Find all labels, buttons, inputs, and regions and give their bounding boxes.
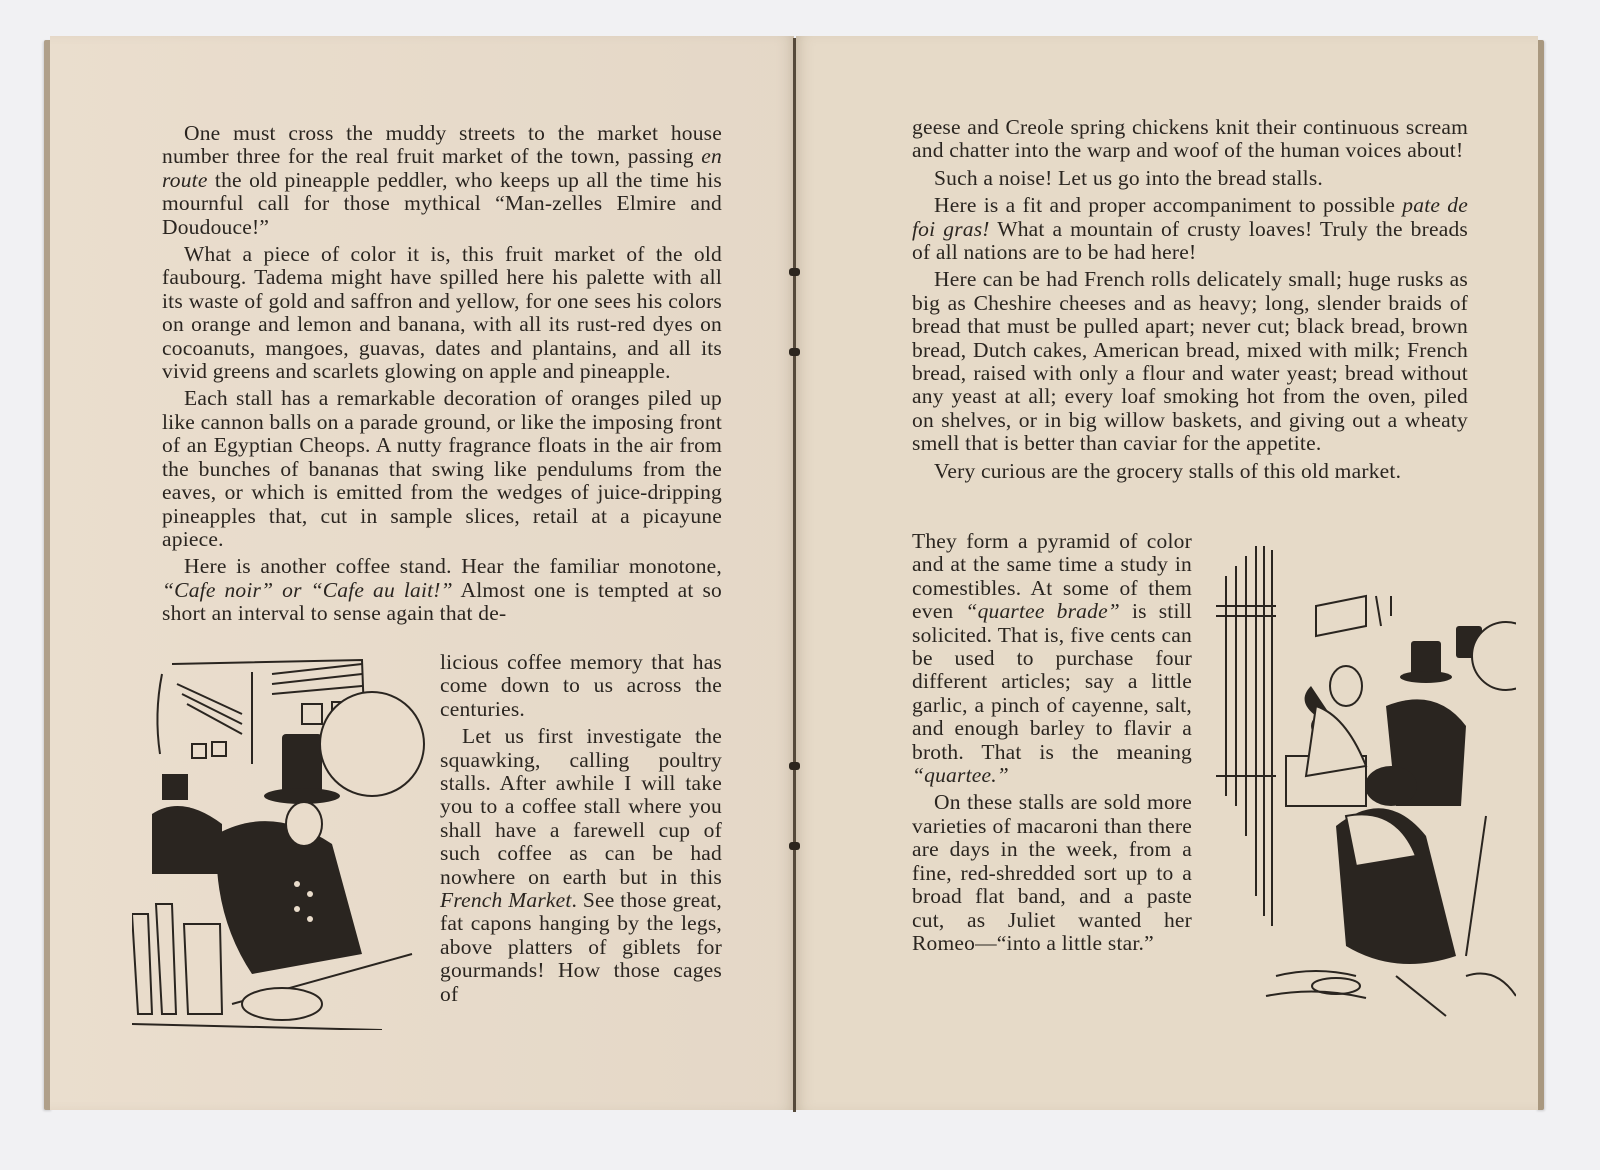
paragraph: Such a noise! Let us go into the bread s… (912, 167, 1468, 190)
paragraph: licious coffee memory that has come down… (440, 651, 722, 721)
right-page-body-text: geese and Creole spring chickens knit th… (912, 116, 1468, 487)
paragraph: Here can be had French rolls delicately … (912, 268, 1468, 455)
paragraph: Very curious are the grocery stalls of t… (912, 460, 1468, 483)
paragraph: geese and Creole spring chickens knit th… (912, 116, 1468, 163)
paragraph: Each stall has a remarkable decoration o… (162, 387, 722, 551)
market-crowd-illustration (1216, 536, 1516, 1026)
paragraph: Here is a fit and proper accompaniment t… (912, 194, 1468, 264)
binding-stitch (789, 762, 800, 770)
open-booklet: One must cross the muddy streets to the … (44, 36, 1544, 1114)
paragraph: On these stalls are sold more varieties … (912, 791, 1192, 955)
left-page-column-text: licious coffee memory that has come down… (440, 651, 722, 1010)
coffee-drinker-illustration (132, 654, 432, 1030)
right-page-column-text: They form a pyramid of color and at the … (912, 530, 1192, 959)
book-spine (793, 38, 796, 1112)
left-page-body-text: One must cross the muddy streets to the … (162, 122, 722, 630)
paragraph: They form a pyramid of color and at the … (912, 530, 1192, 787)
right-page: geese and Creole spring chickens knit th… (796, 36, 1538, 1110)
paragraph: Here is another coffee stand. Hear the f… (162, 555, 722, 625)
paragraph: Let us first investigate the squawking, … (440, 725, 722, 1006)
paragraph: One must cross the muddy streets to the … (162, 122, 722, 239)
binding-stitch (789, 842, 800, 850)
binding-stitch (789, 348, 800, 356)
paragraph: What a piece of color it is, this fruit … (162, 243, 722, 383)
binding-stitch (789, 268, 800, 276)
left-page: One must cross the muddy streets to the … (50, 36, 794, 1110)
